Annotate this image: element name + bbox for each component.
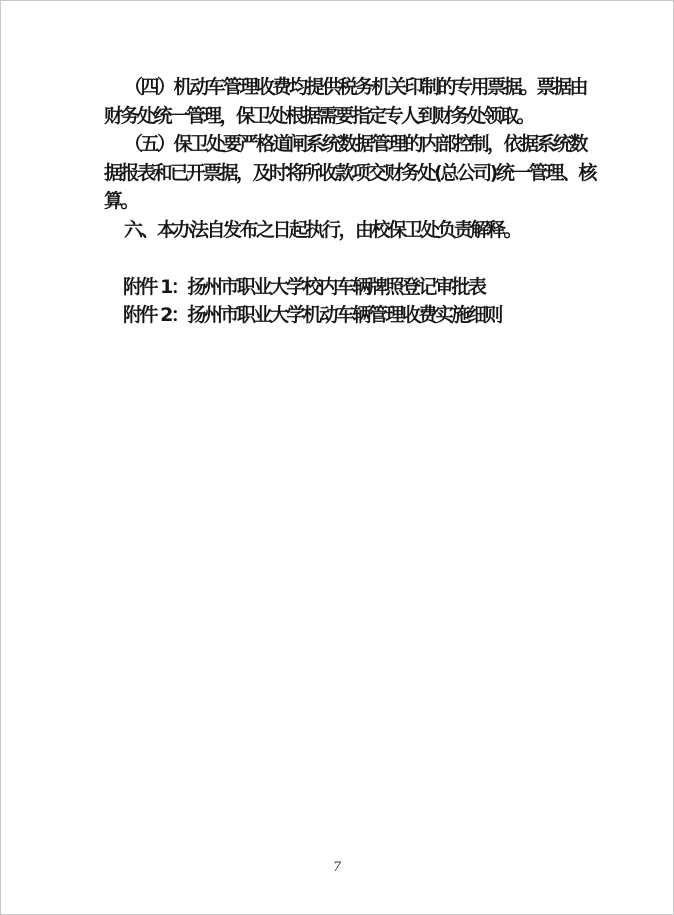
paragraph-item-6-line-1: 六、本办法自发布之日起执行，由校保卫处负责解释。 bbox=[104, 216, 574, 245]
paragraph-item-5-line-2: 据报表和已开票据，及时将所收款项交财务处(总公司)统一管理、核 bbox=[104, 159, 574, 188]
paragraph-item-5: （五）保卫处要严格道闸系统数据管理的内部控制，依据系统数 据报表和已开票据，及时… bbox=[104, 130, 574, 216]
attachment-line-1: 附件 1：扬州市职业大学校内车辆牌照登记审批表 bbox=[104, 273, 574, 302]
paragraph-item-6: 六、本办法自发布之日起执行，由校保卫处负责解释。 bbox=[104, 216, 574, 245]
attachment-line-2: 附件 2：扬州市职业大学机动车辆管理收费实施细则 bbox=[104, 301, 574, 330]
attachment-list: 附件 1：扬州市职业大学校内车辆牌照登记审批表 附件 2：扬州市职业大学机动车辆… bbox=[104, 273, 574, 330]
page-number: 7 bbox=[1, 860, 673, 875]
document-page: （四）机动车管理收费均提供税务机关印制的专用票据。票据由 财务处统一管理，保卫处… bbox=[0, 0, 674, 915]
paragraph-item-4-line-1: （四）机动车管理收费均提供税务机关印制的专用票据。票据由 bbox=[104, 73, 574, 102]
document-body: （四）机动车管理收费均提供税务机关印制的专用票据。票据由 财务处统一管理，保卫处… bbox=[104, 73, 574, 330]
paragraph-item-4: （四）机动车管理收费均提供税务机关印制的专用票据。票据由 财务处统一管理，保卫处… bbox=[104, 73, 574, 130]
paragraph-item-4-line-2: 财务处统一管理，保卫处根据需要指定专人到财务处领取。 bbox=[104, 102, 574, 131]
paragraph-item-5-line-1: （五）保卫处要严格道闸系统数据管理的内部控制，依据系统数 bbox=[104, 130, 574, 159]
paragraph-item-5-line-3: 算。 bbox=[104, 187, 574, 216]
